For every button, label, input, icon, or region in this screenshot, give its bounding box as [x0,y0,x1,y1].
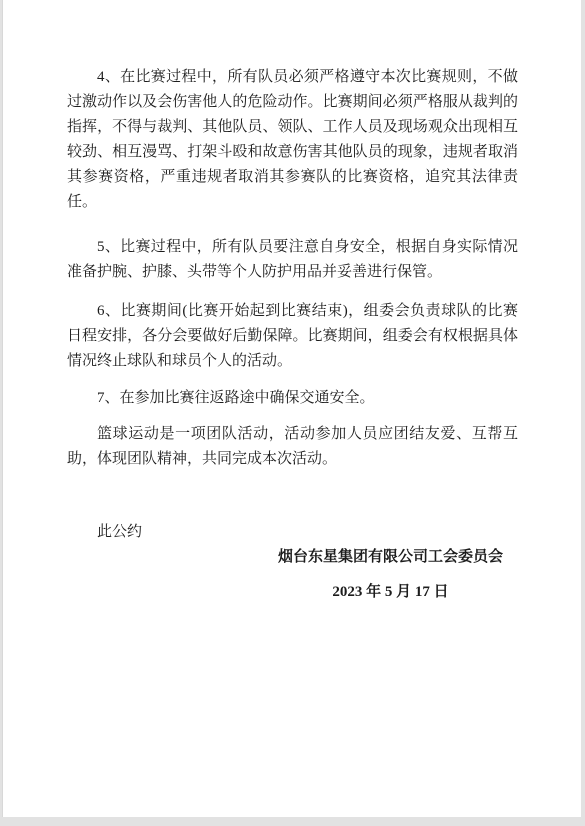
rule-paragraph-5: 5、比赛过程中，所有队员要注意自身安全，根据自身实际情况准备护腕、护膝、头带等个… [67,235,518,285]
rule-paragraph-6: 6、比赛期间(比赛开始起到比赛结束)，组委会负责球队的比赛日程安排，各分会要做好… [67,299,518,374]
signature-organization: 烟台东星集团有限公司工会委员会 [278,545,503,570]
summary-paragraph: 篮球运动是一项团队活动，活动参加人员应团结友爱、互帮互助，体现团队精神，共同完成… [67,422,518,472]
signature-block: 烟台东星集团有限公司工会委员会 2023 年 5 月 17 日 [278,545,503,605]
rule-paragraph-7: 7、在参加比赛往返路途中确保交通安全。 [67,386,518,411]
document-body: 4、在比赛过程中，所有队员必须严格遵守本次比赛规则，不做过激动作以及会伤害他人的… [3,0,581,605]
closing-line: 此公约 [67,520,518,545]
document-page: 4、在比赛过程中，所有队员必须严格遵守本次比赛规则，不做过激动作以及会伤害他人的… [2,0,581,817]
app-background: { "page": { "app_background_color": "#e2… [0,0,585,826]
rule-paragraph-4: 4、在比赛过程中，所有队员必须严格遵守本次比赛规则，不做过激动作以及会伤害他人的… [67,65,518,215]
signature-date: 2023 年 5 月 17 日 [278,580,503,605]
